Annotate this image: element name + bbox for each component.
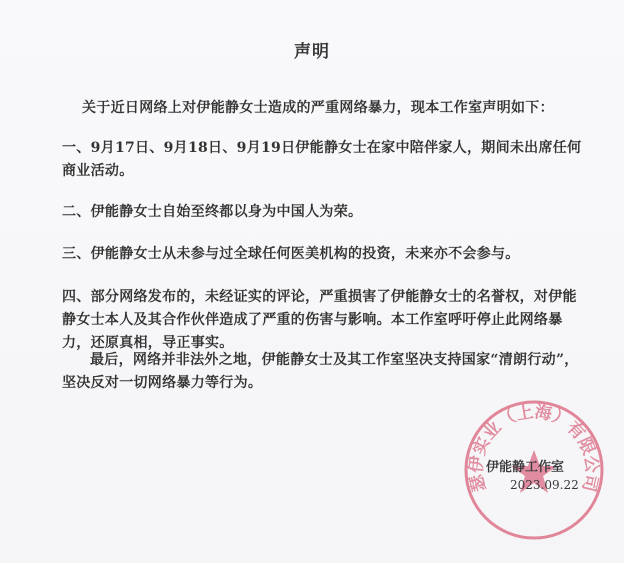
statement-item-3: 三、伊能静女士从未参与过全球任何医美机构的投资，未来亦不会参与。 (62, 243, 582, 266)
statement-page: 声明 关于近日网络上对伊能静女士造成的严重网络暴力，现本工作室声明如下： 一、9… (0, 0, 624, 563)
signature-name: 伊能静工作室 (486, 456, 564, 475)
intro-paragraph: 关于近日网络上对伊能静女士造成的严重网络暴力，现本工作室声明如下： (82, 97, 582, 120)
statement-item-2: 二、伊能静女士自始至终都以身为中国人为荣。 (62, 201, 582, 224)
statement-item-1: 一、9月17日、9月18日、9月19日伊能静女士在家中陪伴家人，期间未出席任何商… (62, 137, 582, 183)
statement-item-4: 四、部分网络发布的，未经证实的评论，严重损害了伊能静女士的名誉权，对伊能静女士本… (62, 286, 582, 355)
signature-date: 2023.09.22 (510, 478, 579, 492)
closing-paragraph: 最后，网络并非法外之地，伊能静女士及其工作室坚决支持国家“清朗行动”，坚决反对一… (62, 349, 582, 395)
document-title: 声明 (0, 37, 624, 62)
